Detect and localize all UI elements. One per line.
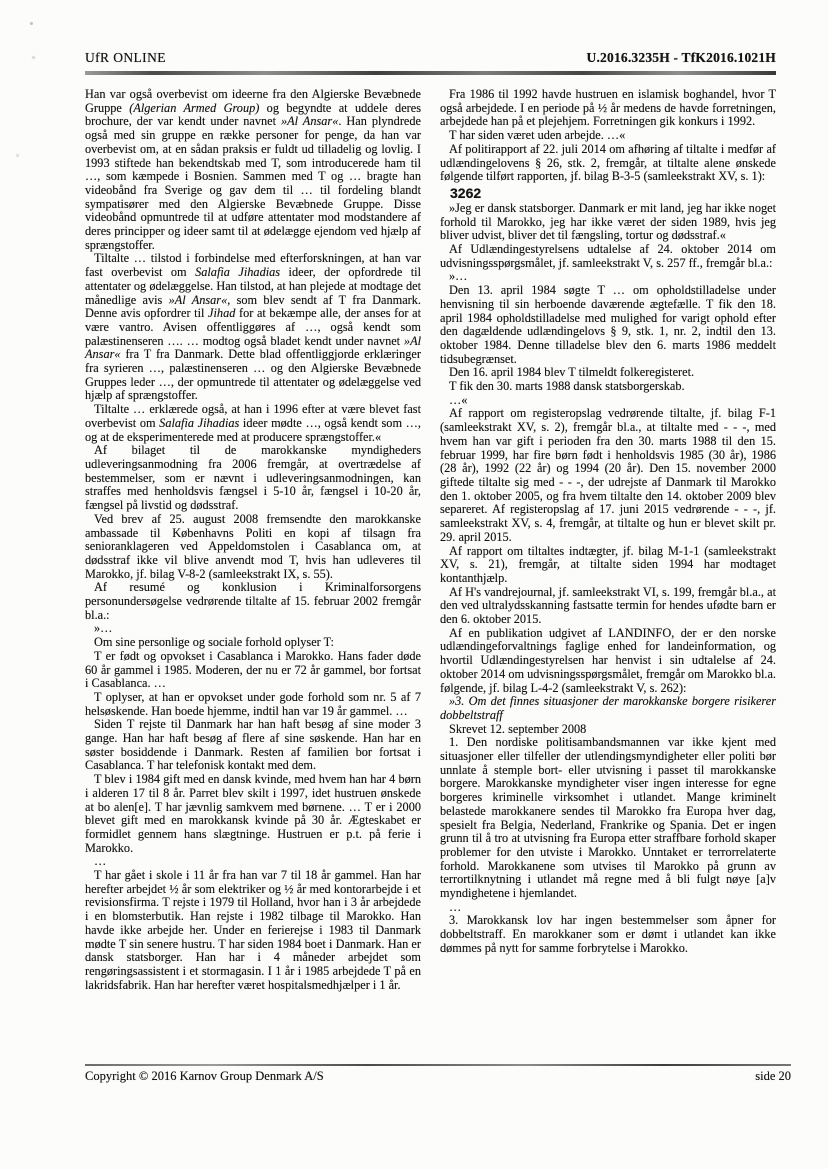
paragraph: T har siden været uden arbejde. …« xyxy=(440,129,776,143)
paragraph: T har gået i skole i 11 år fra han var 7… xyxy=(85,869,421,992)
paragraph: Den 16. april 1984 blev T tilmeldt folke… xyxy=(440,366,776,380)
paragraph: 1. Den nordiske politisambandsmannen var… xyxy=(440,736,776,900)
paragraph: Af rapport om tiltaltes indtægter, jf. b… xyxy=(440,545,776,586)
text-run: Af bilaget til de marokkanske myndighede… xyxy=(85,443,421,512)
document-page: UfR ONLINE U.2016.3235H - TfK2016.1021H … xyxy=(0,0,828,1169)
page-content: UfR ONLINE U.2016.3235H - TfK2016.1021H … xyxy=(85,50,776,992)
text-run: Fra 1986 til 1992 havde hustruen en isla… xyxy=(440,87,776,128)
text-run: Ved brev af 25. august 2008 fremsendte d… xyxy=(85,512,421,581)
page-header: UfR ONLINE U.2016.3235H - TfK2016.1021H xyxy=(85,50,776,66)
text-run: Af H's vandrejournal, jf. samleekstrakt … xyxy=(440,585,776,626)
column-right: Fra 1986 til 1992 havde hustruen en isla… xyxy=(440,88,776,992)
text-run: Af politirapport af 22. juli 2014 om afh… xyxy=(440,142,776,183)
case-reference: U.2016.3235H - TfK2016.1021H xyxy=(587,50,776,66)
text-run: T har gået i skole i 11 år fra han var 7… xyxy=(85,868,421,992)
header-divider xyxy=(85,71,776,75)
paragraph: 3. Marokkansk lov har ingen bestemmelser… xyxy=(440,914,776,955)
text-run: T har siden været uden arbejde. …« xyxy=(449,128,625,142)
paragraph: Af resumé og konklusion i Kriminalforsor… xyxy=(85,581,421,622)
column-left: Han var også overbevist om ideerne fra d… xyxy=(85,88,421,992)
scan-artifact xyxy=(30,22,33,25)
text-run: 3. Marokkansk lov har ingen bestemmelser… xyxy=(440,913,776,954)
text-columns: Han var også overbevist om ideerne fra d… xyxy=(85,88,776,992)
paragraph: … xyxy=(85,855,421,869)
text-run: Salafia Jihadias xyxy=(195,265,280,279)
copyright-text: Copyright © 2016 Karnov Group Denmark A/… xyxy=(85,1069,324,1084)
paragraph: »Jeg er dansk statsborger. Danmark er mi… xyxy=(440,202,776,243)
text-run: Af rapport om registeropslag vedrørende … xyxy=(440,406,776,543)
text-run: »… xyxy=(94,621,112,635)
paragraph: T blev i 1984 gift med en dansk kvinde, … xyxy=(85,773,421,855)
text-run: »3. Om det finnes situasjoner der marokk… xyxy=(440,694,776,722)
paragraph: Tiltalte … tilstod i forbindelse med eft… xyxy=(85,252,421,403)
page-number-marker: 3262 xyxy=(450,185,776,201)
text-run: … xyxy=(449,900,461,914)
paragraph: T er født og opvokset i Casablanca i Mar… xyxy=(85,650,421,691)
paragraph: Ved brev af 25. august 2008 fremsendte d… xyxy=(85,513,421,582)
paragraph: Tiltalte … erklærede også, at han i 1996… xyxy=(85,403,421,444)
paragraph: Skrevet 12. september 2008 xyxy=(440,723,776,737)
paragraph: Fra 1986 til 1992 havde hustruen en isla… xyxy=(440,88,776,129)
text-run: Siden T rejste til Danmark har han haft … xyxy=(85,717,421,772)
paragraph: »… xyxy=(440,270,776,284)
text-run: fra T fra Danmark. Dette blad offentligg… xyxy=(85,347,421,402)
paragraph: T fik den 30. marts 1988 dansk statsborg… xyxy=(440,380,776,394)
paragraph: Af politirapport af 22. juli 2014 om afh… xyxy=(440,143,776,184)
paragraph: Af en publikation udgivet af LANDINFO, d… xyxy=(440,627,776,696)
text-run: T blev i 1984 gift med en dansk kvinde, … xyxy=(85,772,421,855)
page-footer: Copyright © 2016 Karnov Group Denmark A/… xyxy=(85,1064,791,1084)
publication-title: UfR ONLINE xyxy=(85,50,166,66)
paragraph: Om sine personlige og sociale forhold op… xyxy=(85,636,421,650)
text-run: Af Udlændingestyrelsens udtalelse af 24.… xyxy=(440,242,776,270)
text-run: T oplyser, at han er opvokset under gode… xyxy=(85,690,421,718)
paragraph: Af rapport om registeropslag vedrørende … xyxy=(440,407,776,544)
paragraph: Af Udlændingestyrelsens udtalelse af 24.… xyxy=(440,243,776,270)
text-run: T fik den 30. marts 1988 dansk statsborg… xyxy=(449,379,685,393)
paragraph: T oplyser, at han er opvokset under gode… xyxy=(85,691,421,718)
paragraph: …« xyxy=(440,394,776,408)
text-run: 3262 xyxy=(450,185,481,201)
text-run: »Al Ansar« xyxy=(281,114,338,128)
text-run: Af resumé og konklusion i Kriminalforsor… xyxy=(85,580,421,621)
paragraph: »3. Om det finnes situasjoner der marokk… xyxy=(440,695,776,722)
page-number: side 20 xyxy=(755,1069,791,1084)
text-run: (Algerian Armed Group) xyxy=(129,101,259,115)
paragraph: Af bilaget til de marokkanske myndighede… xyxy=(85,444,421,513)
text-run: »… xyxy=(449,269,467,283)
text-run: Jihad xyxy=(208,306,235,320)
text-run: …« xyxy=(449,393,467,407)
paragraph: Han var også overbevist om ideerne fra d… xyxy=(85,88,421,252)
text-run: »Al Ansar« xyxy=(169,293,228,307)
paragraph: »… xyxy=(85,622,421,636)
text-run: Skrevet 12. september 2008 xyxy=(449,722,586,736)
text-run: Om sine personlige og sociale forhold op… xyxy=(94,635,334,649)
paragraph: Siden T rejste til Danmark har han haft … xyxy=(85,718,421,773)
paragraph: Af H's vandrejournal, jf. samleekstrakt … xyxy=(440,586,776,627)
text-run: Af rapport om tiltaltes indtægter, jf. b… xyxy=(440,544,776,585)
text-run: Salafia Jihadias xyxy=(159,416,239,430)
text-run: … xyxy=(94,854,106,868)
text-run: T er født og opvokset i Casablanca i Mar… xyxy=(85,649,421,690)
paragraph: Den 13. april 1984 søgte T … om opholdst… xyxy=(440,284,776,366)
text-run: Af en publikation udgivet af LANDINFO, d… xyxy=(440,626,776,695)
text-run: Den 16. april 1984 blev T tilmeldt folke… xyxy=(449,365,694,379)
paragraph: … xyxy=(440,901,776,915)
text-run: Den 13. april 1984 søgte T … om opholdst… xyxy=(440,283,776,366)
text-run: . Han plyndrede også med sin gruppe en r… xyxy=(85,114,421,251)
text-run: »Jeg er dansk statsborger. Danmark er mi… xyxy=(440,201,776,242)
text-run: 1. Den nordiske politisambandsmannen var… xyxy=(440,735,776,900)
